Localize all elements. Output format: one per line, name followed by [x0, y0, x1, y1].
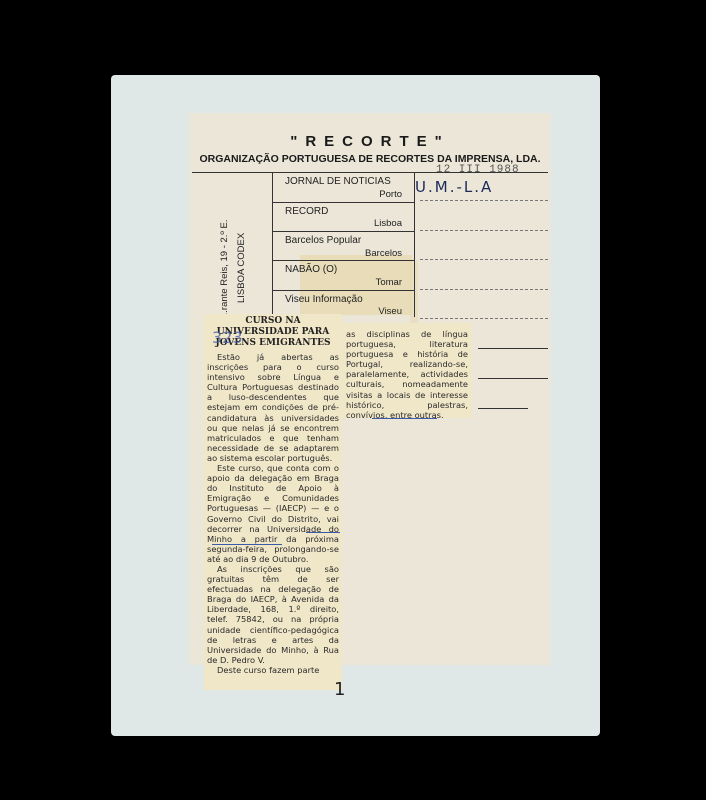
- entry-line: [420, 200, 548, 201]
- newspaper-name: RECORD: [285, 206, 328, 217]
- paragraph: Estão já abertas as inscrições para o cu…: [207, 352, 339, 463]
- row-rule: [272, 260, 414, 261]
- form-title: "RECORTE": [189, 133, 551, 150]
- address-line: LISBOA CODEX: [236, 233, 247, 303]
- clipping-body: Estão já abertas as inscrições para o cu…: [207, 352, 339, 675]
- clipping-column-2: as disciplinas de língua portuguesa, lit…: [342, 323, 472, 418]
- paragraph: Deste curso fazem parte: [207, 665, 339, 675]
- row-rule: [272, 202, 414, 203]
- handwritten-number: 323: [212, 328, 243, 347]
- newspaper-city: Lisboa: [330, 218, 402, 229]
- newspaper-name: NABÃO (O): [285, 264, 337, 275]
- clipping-continuation: as disciplinas de língua portuguesa, lit…: [346, 329, 468, 420]
- newspaper-name: JORNAL DE NOTICIAS: [285, 176, 391, 187]
- paragraph: As inscrições que são gratuitas têm de s…: [207, 564, 339, 665]
- pen-underline: [372, 418, 437, 419]
- newspaper-city: Porto: [330, 189, 402, 200]
- entry-line: [420, 318, 548, 319]
- address-line: ...rante Reis, 19 - 2.º E.: [219, 219, 230, 318]
- clipping-column-1: CURSO NA UNIVERSIDADE PARA JOVENS EMIGRA…: [204, 314, 342, 690]
- pen-underline: [306, 532, 340, 533]
- newspaper-name: Viseu Informação: [285, 294, 363, 305]
- newspaper-city: Barcelos: [330, 248, 402, 259]
- newspaper-name: Barcelos Popular: [285, 235, 361, 246]
- entry-line: [420, 230, 548, 231]
- row-rule: [272, 231, 414, 232]
- entry-line: [420, 259, 548, 260]
- row-rule: [272, 290, 414, 291]
- entry-line: [478, 348, 548, 349]
- column-divider-left: [272, 172, 273, 317]
- entry-line: [420, 289, 548, 290]
- paragraph: Este curso, que conta com o apoio da del…: [207, 463, 339, 564]
- newspaper-city: Tomar: [330, 277, 402, 288]
- entry-line: [478, 378, 548, 379]
- handwritten-note: U.M.-L.A: [415, 178, 493, 196]
- date-stamp: 12 III 1988: [436, 164, 520, 176]
- entry-line: [478, 408, 528, 409]
- pencil-mark: 1: [334, 679, 345, 700]
- pen-underline: [212, 544, 282, 545]
